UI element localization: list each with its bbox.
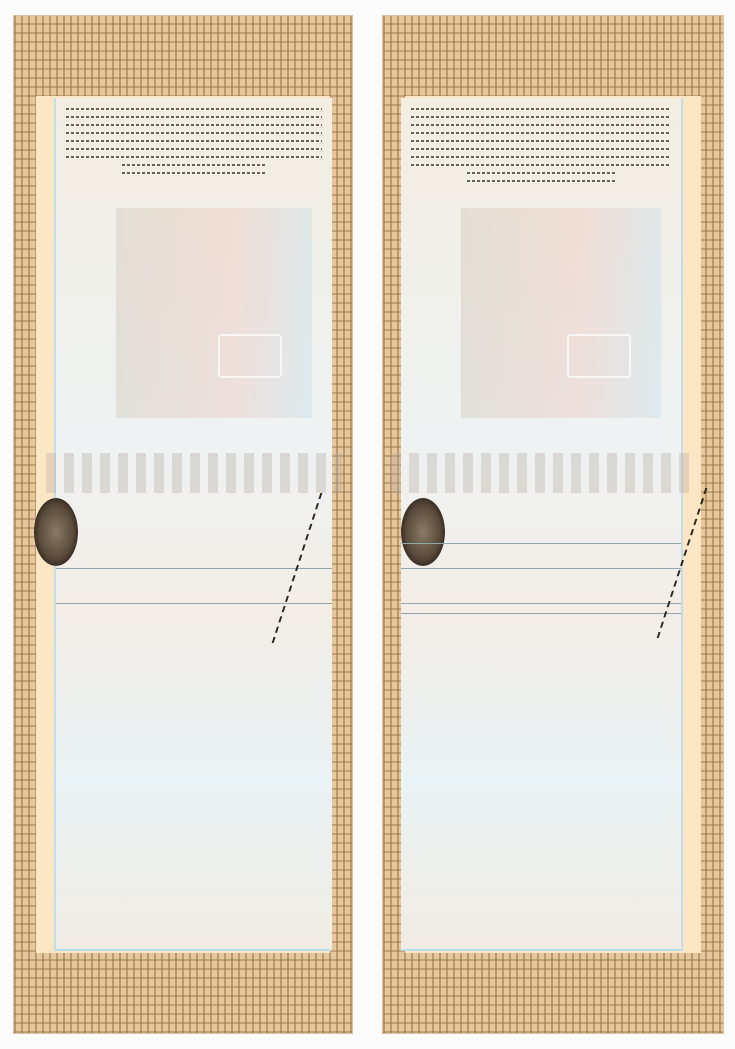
circular-stamp-icon bbox=[401, 498, 445, 566]
guilloche-banner bbox=[46, 453, 342, 493]
circular-stamp-icon bbox=[34, 498, 78, 566]
guilloche-banner bbox=[391, 453, 691, 493]
watermark-emblem bbox=[116, 208, 312, 418]
left-page bbox=[14, 16, 352, 1033]
paper-area bbox=[401, 98, 683, 951]
right-page bbox=[383, 16, 723, 1033]
paragraph-block bbox=[62, 102, 326, 180]
paper-area bbox=[54, 98, 332, 951]
emblem-logo-icon bbox=[567, 334, 631, 378]
emblem-logo-icon bbox=[218, 334, 282, 378]
watermark-emblem bbox=[461, 208, 661, 418]
rule-line bbox=[56, 603, 332, 604]
paragraph-block bbox=[407, 102, 675, 188]
